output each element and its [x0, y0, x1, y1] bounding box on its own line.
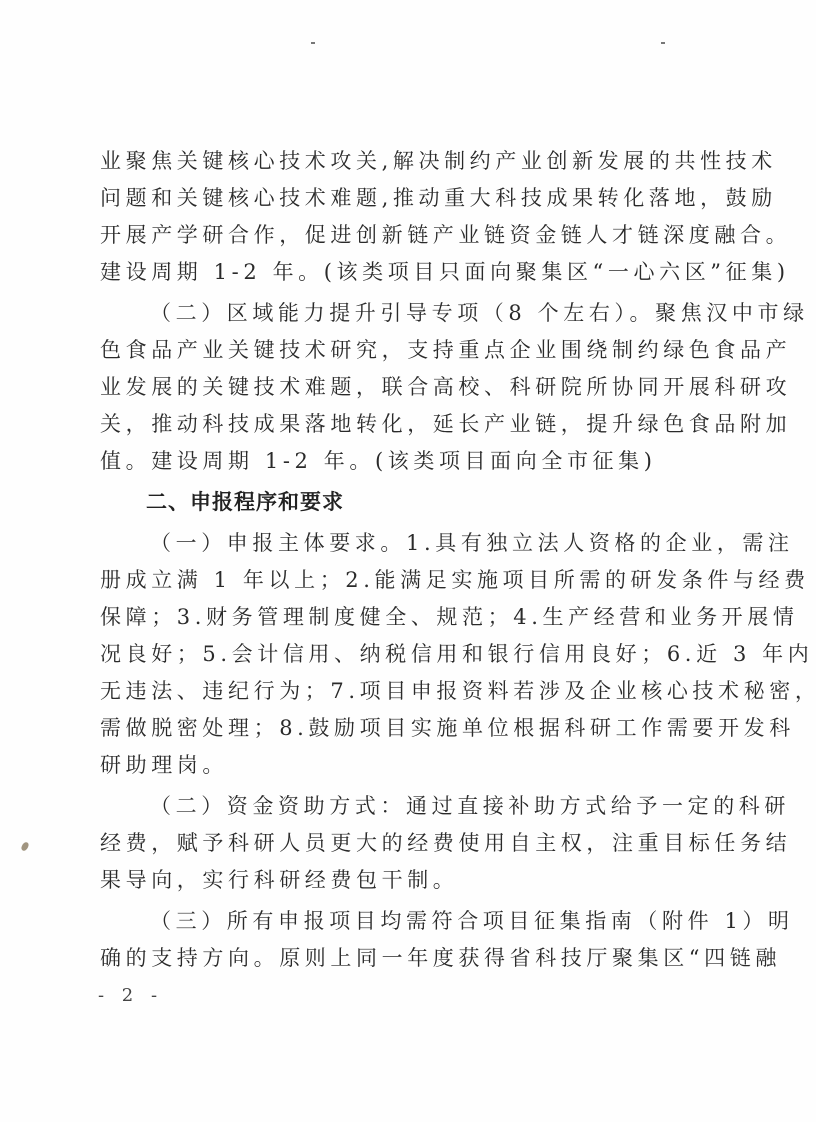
text-line: 色食品产业关键技术研究，支持重点企业围绕制约绿色食品产 [100, 332, 668, 369]
paragraph: （一）申报主体要求。1.具有独立法人资格的企业，需注 册成立满 1 年以上；2.… [100, 525, 668, 784]
scan-mark [311, 42, 315, 44]
text-line: （一）申报主体要求。1.具有独立法人资格的企业，需注 [100, 525, 668, 562]
text-line: 研助理岗。 [100, 747, 668, 784]
text-line: 保障；3.财务管理制度健全、规范；4.生产经营和业务开展情 [100, 599, 668, 636]
text-line: 问题和关键核心技术难题,推动重大科技成果转化落地，鼓励 [100, 180, 668, 217]
text-line: 关，推动科技成果落地转化，延长产业链，提升绿色食品附加 [100, 406, 668, 443]
text-line: 值。建设周期 1-2 年。(该类项目面向全市征集) [100, 443, 668, 480]
body-text: 业聚焦关键核心技术攻关,解决制约产业创新发展的共性技术 问题和关键核心技术难题,… [100, 143, 668, 977]
text-line: 建设周期 1-2 年。(该类项目只面向聚集区“一心六区”征集) [100, 254, 668, 291]
paragraph: （三）所有申报项目均需符合项目征集指南（附件 1）明 确的支持方向。原则上同一年… [100, 903, 668, 977]
paragraph: （二）区域能力提升引导专项（8 个左右）。聚焦汉中市绿 色食品产业关键技术研究，… [100, 295, 668, 480]
document-page: 业聚焦关键核心技术攻关,解决制约产业创新发展的共性技术 问题和关键核心技术难题,… [0, 0, 816, 1122]
text-line: 经费，赋予科研人员更大的经费使用自主权，注重目标任务结 [100, 825, 668, 862]
text-line: （二）区域能力提升引导专项（8 个左右）。聚焦汉中市绿 [100, 295, 668, 332]
page-number: - 2 - [98, 985, 163, 1006]
text-line: 业发展的关键技术难题，联合高校、科研院所协同开展科研攻 [100, 369, 668, 406]
text-line: （二）资金资助方式：通过直接补助方式给予一定的科研 [100, 788, 668, 825]
text-line: 需做脱密处理；8.鼓励项目实施单位根据科研工作需要开发科 [100, 710, 668, 747]
text-line: （三）所有申报项目均需符合项目征集指南（附件 1）明 [100, 903, 668, 940]
text-line: 业聚焦关键核心技术攻关,解决制约产业创新发展的共性技术 [100, 143, 668, 180]
scan-mark [661, 42, 665, 44]
paragraph: 业聚焦关键核心技术攻关,解决制约产业创新发展的共性技术 问题和关键核心技术难题,… [100, 143, 668, 291]
text-line: 开展产学研合作，促进创新链产业链资金链人才链深度融合。 [100, 217, 668, 254]
text-line: 册成立满 1 年以上；2.能满足实施项目所需的研发条件与经费 [100, 562, 668, 599]
scan-speck [20, 841, 29, 852]
section-heading: 二、申报程序和要求 [100, 484, 668, 521]
text-line: 果导向，实行科研经费包干制。 [100, 862, 668, 899]
text-line: 况良好；5.会计信用、纳税信用和银行信用良好；6.近 3 年内 [100, 636, 668, 673]
text-line: 确的支持方向。原则上同一年度获得省科技厅聚集区“四链融 [100, 940, 668, 977]
text-line: 无违法、违纪行为；7.项目申报资料若涉及企业核心技术秘密， [100, 673, 668, 710]
paragraph: （二）资金资助方式：通过直接补助方式给予一定的科研 经费，赋予科研人员更大的经费… [100, 788, 668, 899]
